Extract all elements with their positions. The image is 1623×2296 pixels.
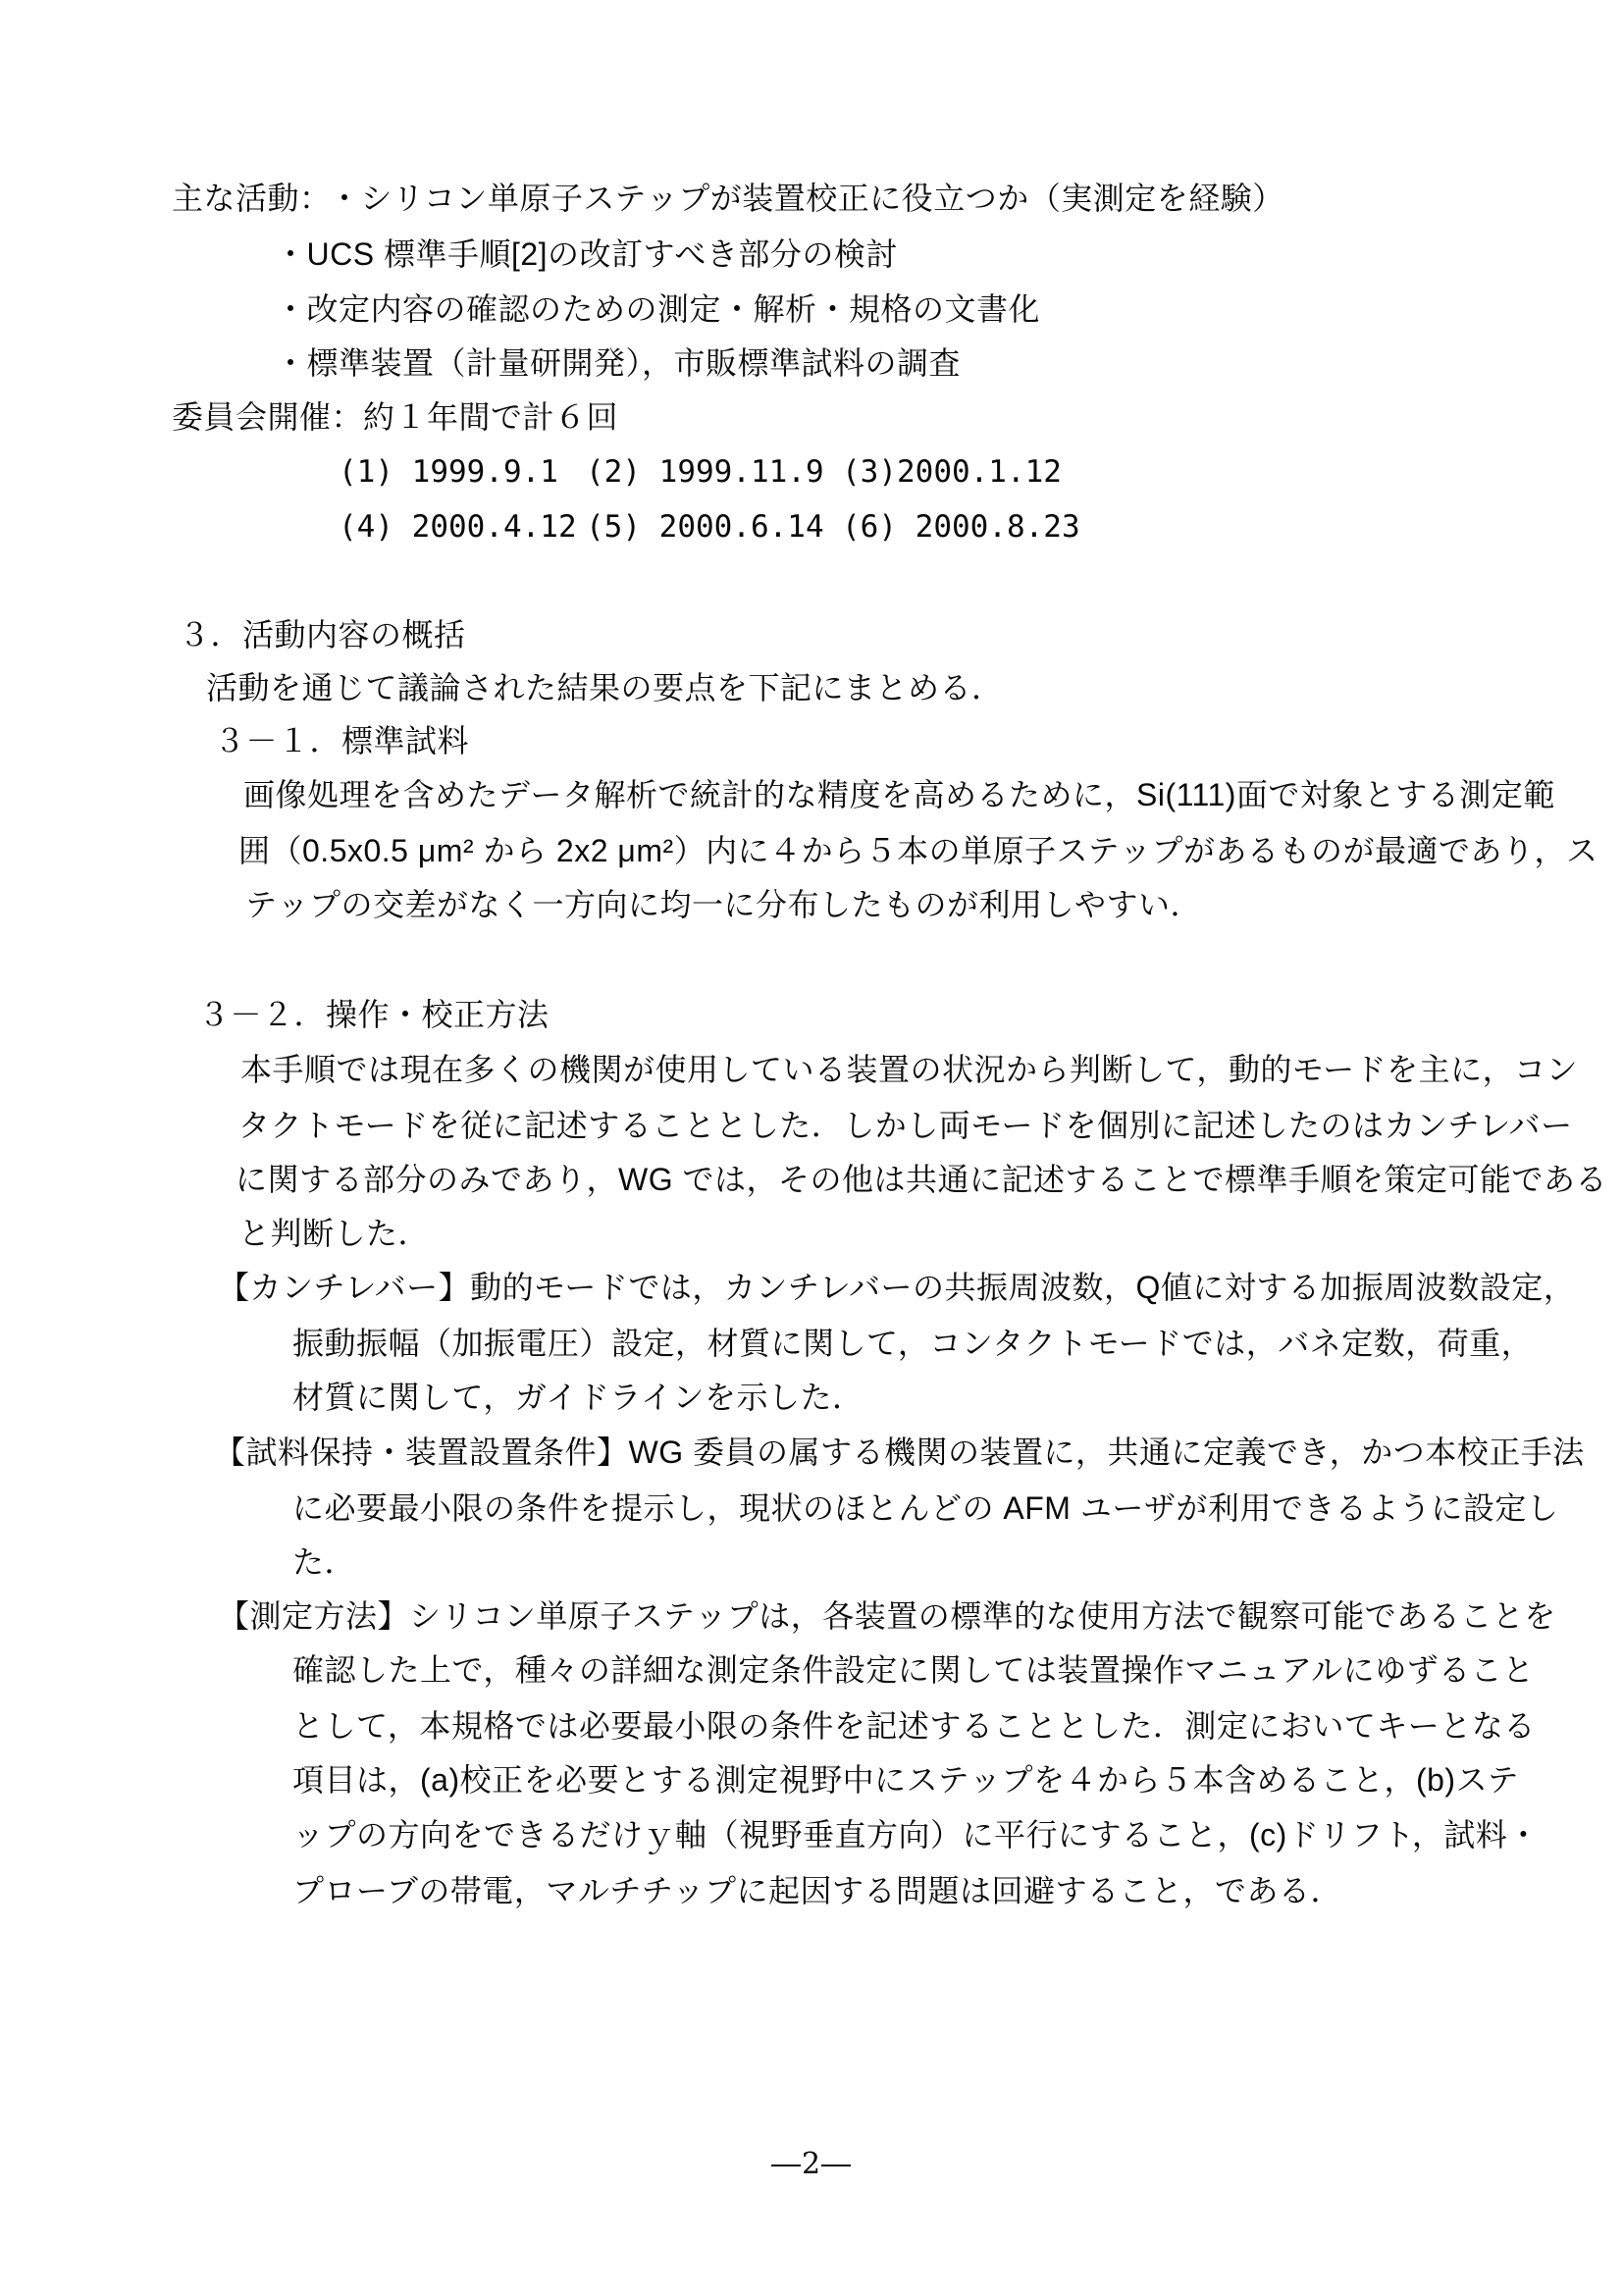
section3-2-line: と判断した． <box>238 1217 430 1251</box>
cantilever-line: 材質に関して，ガイドラインを示した． <box>292 1381 864 1415</box>
measurement-line: 確認した上で，種々の詳細な測定条件設定に関しては装置操作マニュアルにゆずること <box>292 1653 1535 1688</box>
activities-item: ・標準装置（計量研開発），市販標準試料の調査 <box>275 346 961 381</box>
measurement-line: 項目は，(a)校正を必要とする測定視野中にステップを４から５本含めること，(b)… <box>292 1763 1519 1798</box>
section3-1-line: 画像処理を含めたデータ解析で統計的な精度を高めるために，Si(111)面で対象と… <box>243 778 1555 812</box>
activities-label: 主な活動： <box>172 182 332 216</box>
activities-item: ・シリコン単原子ステップが装置校正に役立つか（実測定を経験） <box>329 182 1284 216</box>
document-page: 主な活動： ・シリコン単原子ステップが装置校正に役立つか（実測定を経験） ・UC… <box>0 0 1623 2296</box>
holding-line: 【試料保持・装置設置条件】WG 委員の属する機関の装置に，共通に定義でき，かつ本… <box>214 1435 1585 1470</box>
cantilever-line: 【カンチレバー】動的モードでは，カンチレバーの共振周波数，Q値に対する加振周波数… <box>218 1271 1575 1305</box>
measurement-line: 【測定方法】シリコン単原子ステップは，各装置の標準的な使用方法で観察可能であるこ… <box>218 1599 1556 1634</box>
holding-line: に必要最小限の条件を提示し，現状のほとんどの AFM ユーザが利用できるように設… <box>292 1491 1558 1526</box>
section3-heading: ３．活動内容の概括 <box>179 618 466 652</box>
activities-item: ・改定内容の確認のための測定・解析・規格の文書化 <box>275 292 1040 327</box>
section3-1-heading: ３－１．標準試料 <box>214 724 469 758</box>
committee-label: 委員会開催：約１年間で計６回 <box>172 400 618 435</box>
meeting-date: (5) 2000.6.14 <box>586 510 824 544</box>
page-number: ―2― <box>0 2147 1623 2181</box>
section3-2-line: タクトモードを従に記述することとした．しかし両モードを個別に記述したのはカンチレ… <box>238 1109 1573 1143</box>
section3-2-heading: ３－２．操作・校正方法 <box>198 998 550 1032</box>
meeting-date: (3)2000.1.12 <box>842 455 1062 489</box>
meeting-date: (1) 1999.9.1 <box>339 455 558 489</box>
measurement-line: として，本規格では必要最小限の条件を記述することとした．測定においてキーとなる <box>292 1709 1536 1744</box>
section3-1-line: テップの交差がなく一方向に均一に分布したものが利用しやすい． <box>245 888 1202 922</box>
meeting-date: (2) 1999.11.9 <box>586 455 824 489</box>
measurement-line: プローブの帯電，マルチチップに起因する問題は回避すること，である． <box>292 1874 1342 1908</box>
meeting-date: (4) 2000.4.12 <box>339 510 577 544</box>
activities-item: ・UCS 標準手順[2]の改訂すべき部分の検討 <box>275 237 898 272</box>
section3-2-line: に関する部分のみであり，WG では，その他は共通に記述することで標準手順を策定可… <box>236 1163 1607 1197</box>
section3-2-line: 本手順では現在多くの機関が使用している装置の状況から判断して，動的モードを主に，… <box>240 1053 1578 1087</box>
section3-1-line: 囲（0.5x0.5 μm² から 2x2 μm²）内に４から５本の単原子ステップ… <box>238 834 1598 868</box>
holding-line: た． <box>292 1545 356 1580</box>
section3-intro: 活動を通じて議論された結果の要点を下記にまとめる． <box>206 671 1004 705</box>
cantilever-line: 振動振幅（加振電圧）設定，材質に関して，コンタクトモードでは，バネ定数，荷重， <box>292 1327 1533 1361</box>
measurement-line: ップの方向をできるだけｙ軸（視野垂直方向）に平行にすること，(c)ドリフト，試料… <box>292 1818 1540 1852</box>
meeting-date: (6) 2000.8.23 <box>842 510 1080 544</box>
